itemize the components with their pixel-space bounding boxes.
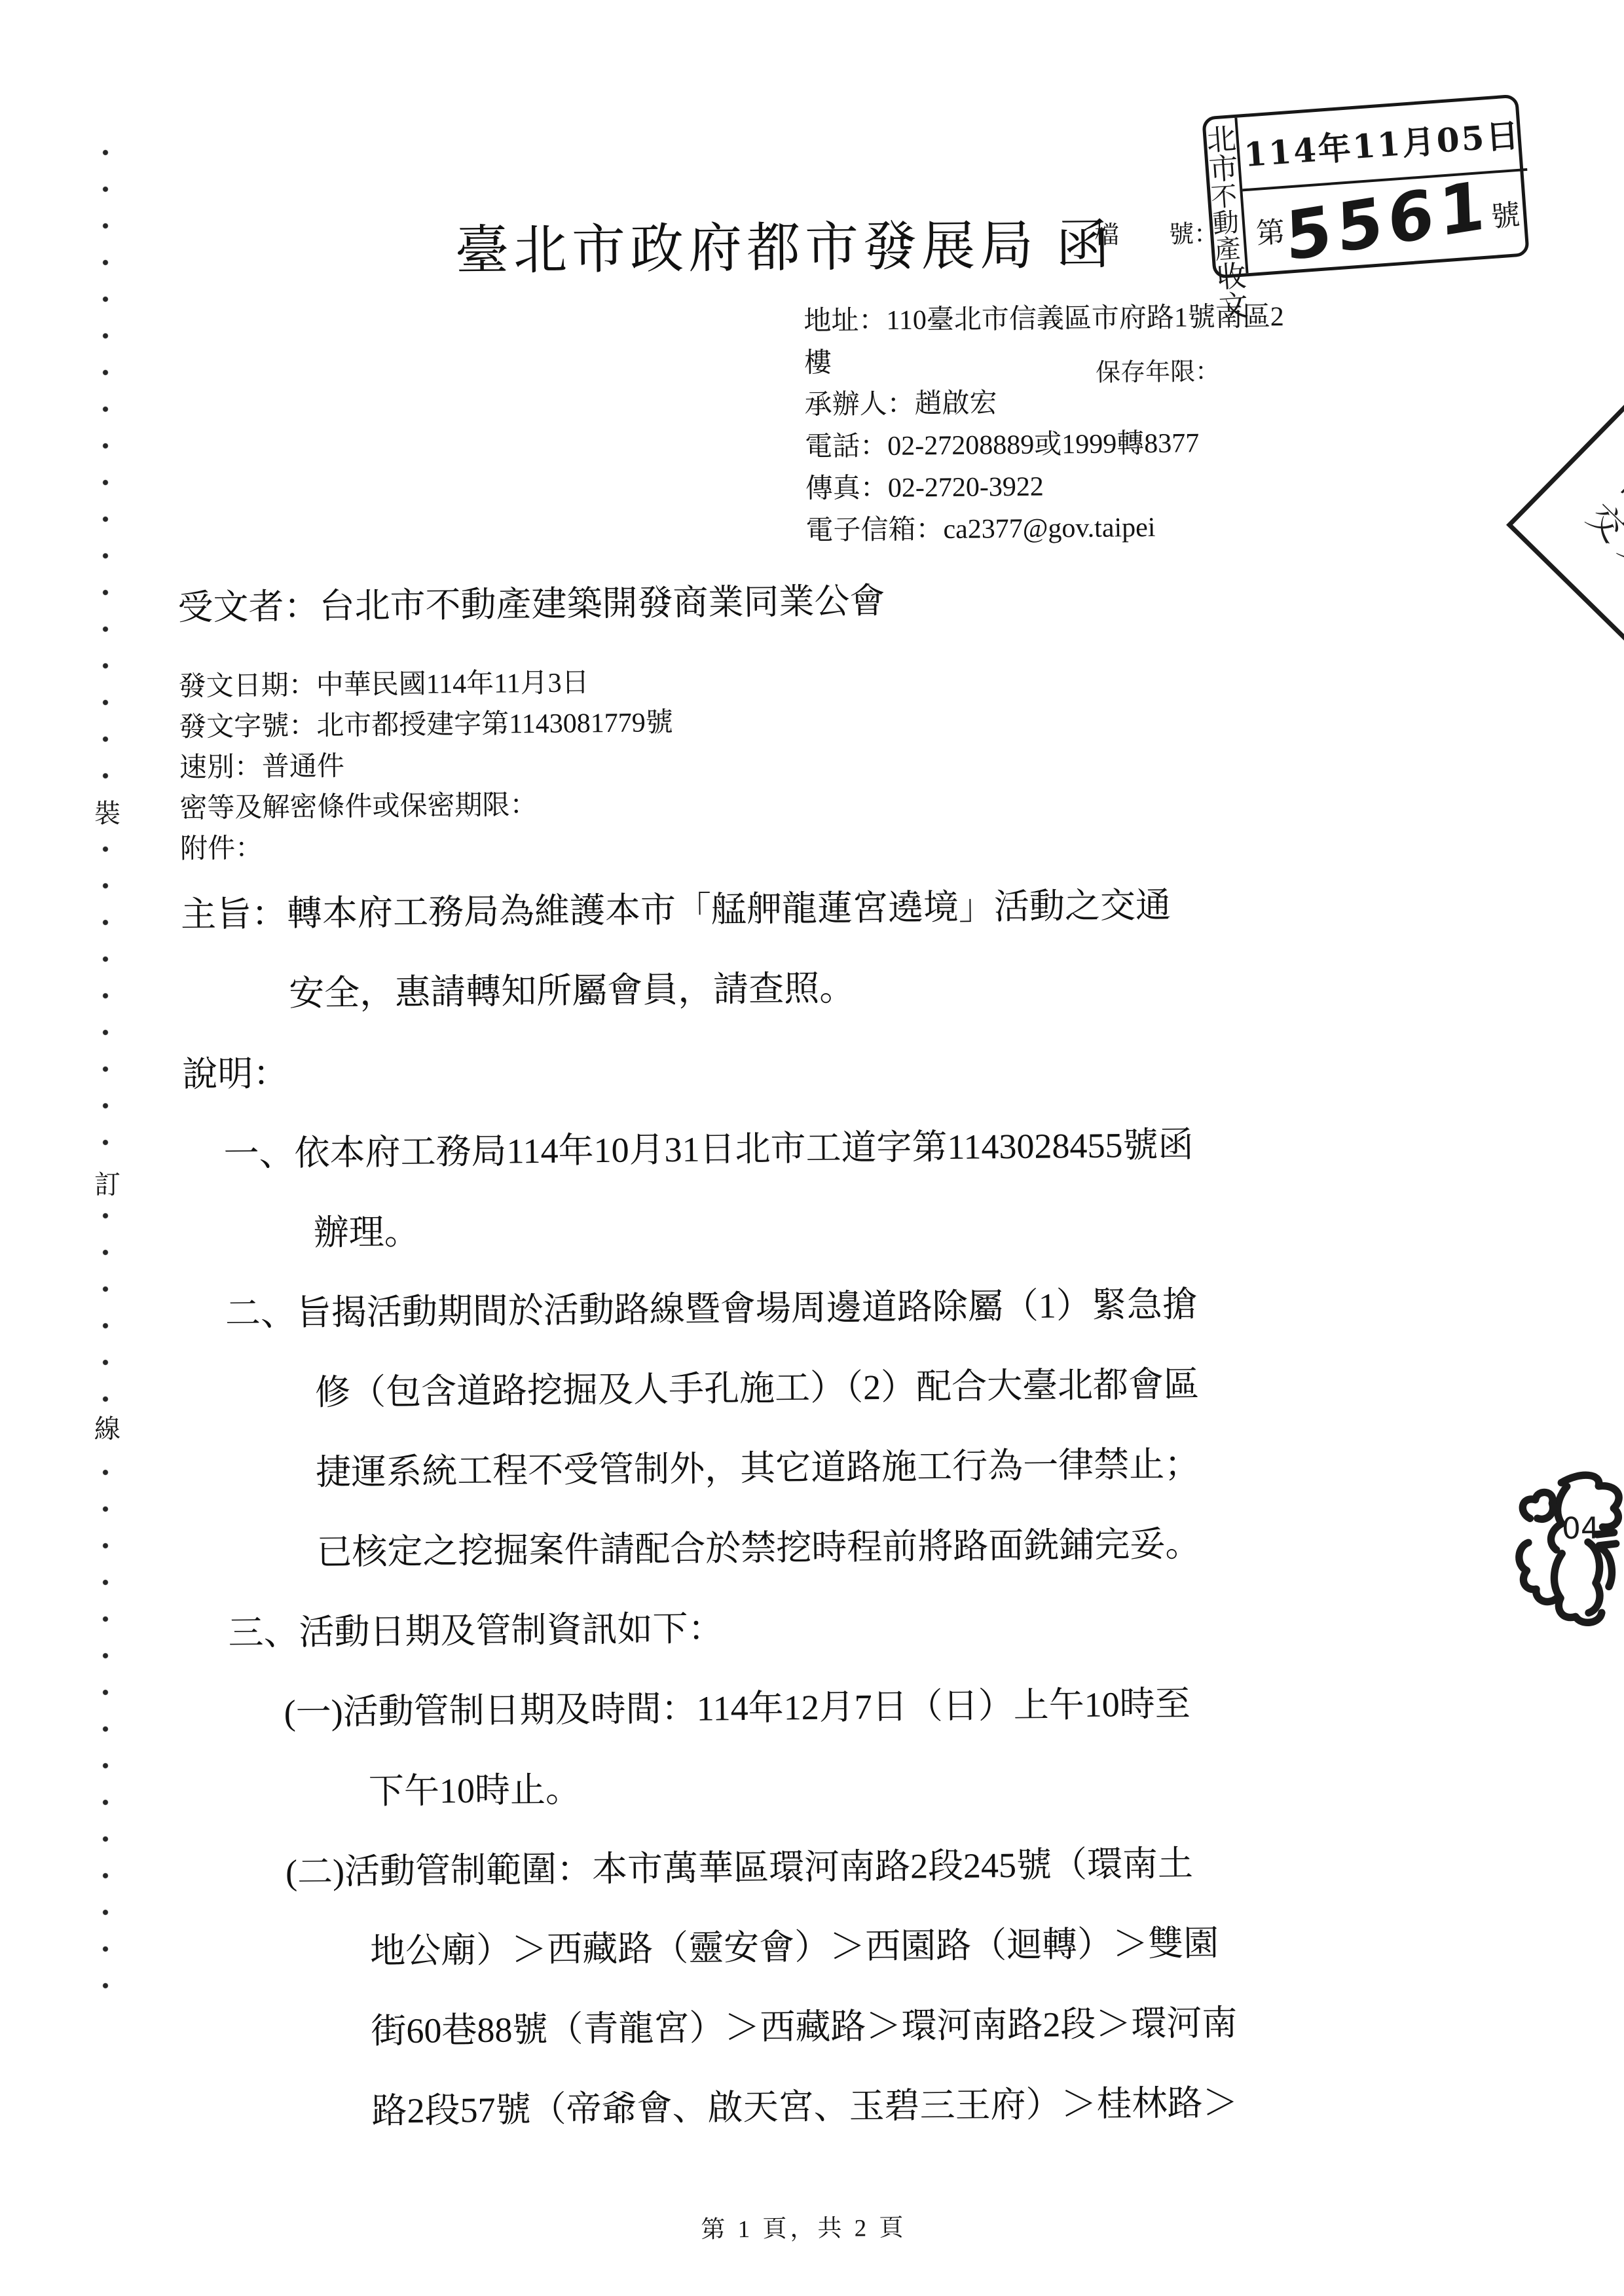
body-line: 辦理。 bbox=[313, 1184, 1230, 1273]
body-line: (一)活動管制日期及時間：114年12月7日（日）上午10時至 bbox=[284, 1664, 1234, 1753]
body-line: 修（包含道路挖掘及人手孔施工）（2）配合大臺北都會區 bbox=[314, 1344, 1231, 1432]
recipient-line: 受文者：台北市不動產建築開發商業同業公會 bbox=[177, 573, 885, 630]
page-footer: 第 1 頁，共 2 頁 bbox=[11, 2201, 1596, 2251]
body-line: 地公廟）＞西藏路（靈安會）＞西園路（迴轉）＞雙園 bbox=[370, 1903, 1237, 1992]
receipt-stamp-org-top: 北市 bbox=[1206, 124, 1239, 185]
body-line: 下午10時止。 bbox=[368, 1743, 1235, 1832]
body-line: 路2段57號（帝爺會、啟天宮、玉碧三王府）＞桂林路＞ bbox=[371, 2063, 1238, 2151]
ink-scribble-stamp: 04 bbox=[1505, 1467, 1624, 1636]
contact-line: 承辦人：趙啟宏 bbox=[804, 380, 1285, 426]
body-line: 主旨：轉本府工務局為維護本市「艋舺龍蓮宮遶境」活動之交通 bbox=[180, 865, 1227, 955]
body-line: 三、活動日期及管制資訊如下： bbox=[228, 1584, 1234, 1673]
electronic-exchange-stamp-line2: 交文 bbox=[1575, 492, 1624, 586]
contact-line: 地址：110臺北市信義區市府路1號南區2 bbox=[803, 296, 1284, 342]
meta-line: 速別：普通件 bbox=[179, 743, 674, 788]
meta-line: 附件： bbox=[180, 824, 674, 869]
body-line: 街60巷88號（青龍宮）＞西藏路＞環河南路2段＞環河南 bbox=[371, 1983, 1238, 2071]
contact-line: 傳真：02-2720-3922 bbox=[805, 464, 1286, 510]
meta-line: 發文字號：北市都授建字第1143081779號 bbox=[179, 702, 673, 748]
meta-line: 密等及解密條件或保密期限： bbox=[179, 784, 674, 829]
dispatch-meta-block: 發文日期：中華民國114年11月3日發文字號：北市都授建字第1143081779… bbox=[178, 662, 674, 869]
document-title: 臺北市政府都市發展局 函 bbox=[0, 198, 1578, 289]
sender-contact-block: 地址：110臺北市信義區市府路1號南區2樓承辦人：趙啟宏電話：02-272088… bbox=[803, 296, 1286, 552]
body-line: 安全，惠請轉知所屬會員，請查照。 bbox=[289, 945, 1228, 1034]
body-line: 二、旨揭活動期間於活動路線暨會場周邊道路除屬（1）緊急搶 bbox=[225, 1264, 1230, 1354]
body-line: 一、依本府工務局114年10月31日北市工道字第1143028455號函 bbox=[223, 1104, 1229, 1194]
contact-line: 電子信箱：ca2377@gov.taipei bbox=[805, 505, 1286, 552]
contact-line: 電話：02-27208889或1999轉8377 bbox=[805, 422, 1285, 468]
body-line: (二)活動管制範圍：本市萬華區環河南路2段245號（環南土 bbox=[286, 1823, 1236, 1912]
body-text: 主旨：轉本府工務局為維護本市「艋舺龍蓮宮遶境」活動之交通安全，惠請轉知所屬會員，… bbox=[180, 865, 1238, 2153]
meta-line: 發文日期：中華民國114年11月3日 bbox=[178, 662, 673, 707]
body-line: 已核定之挖掘案件請配合於禁挖時程前將路面銑鋪完妥。 bbox=[316, 1504, 1233, 1592]
electronic-exchange-stamp: 電子 交文 bbox=[1506, 393, 1624, 654]
document-content: 檔 號： 保存年限： 北市 不動產 收文 114年11月05日 第 5561 號… bbox=[0, 0, 1624, 2296]
contact-line: 樓 bbox=[804, 338, 1285, 384]
scribble-text: 04 bbox=[1562, 1511, 1600, 1546]
body-line: 捷運系統工程不受管制外，其它道路施工行為一律禁止； bbox=[316, 1424, 1232, 1512]
document-page: 裝 訂 線 檔 號： 保存年限： 北市 不動產 收文 114年11月05日 第 … bbox=[0, 0, 1624, 2296]
body-line: 說明： bbox=[182, 1025, 1228, 1114]
